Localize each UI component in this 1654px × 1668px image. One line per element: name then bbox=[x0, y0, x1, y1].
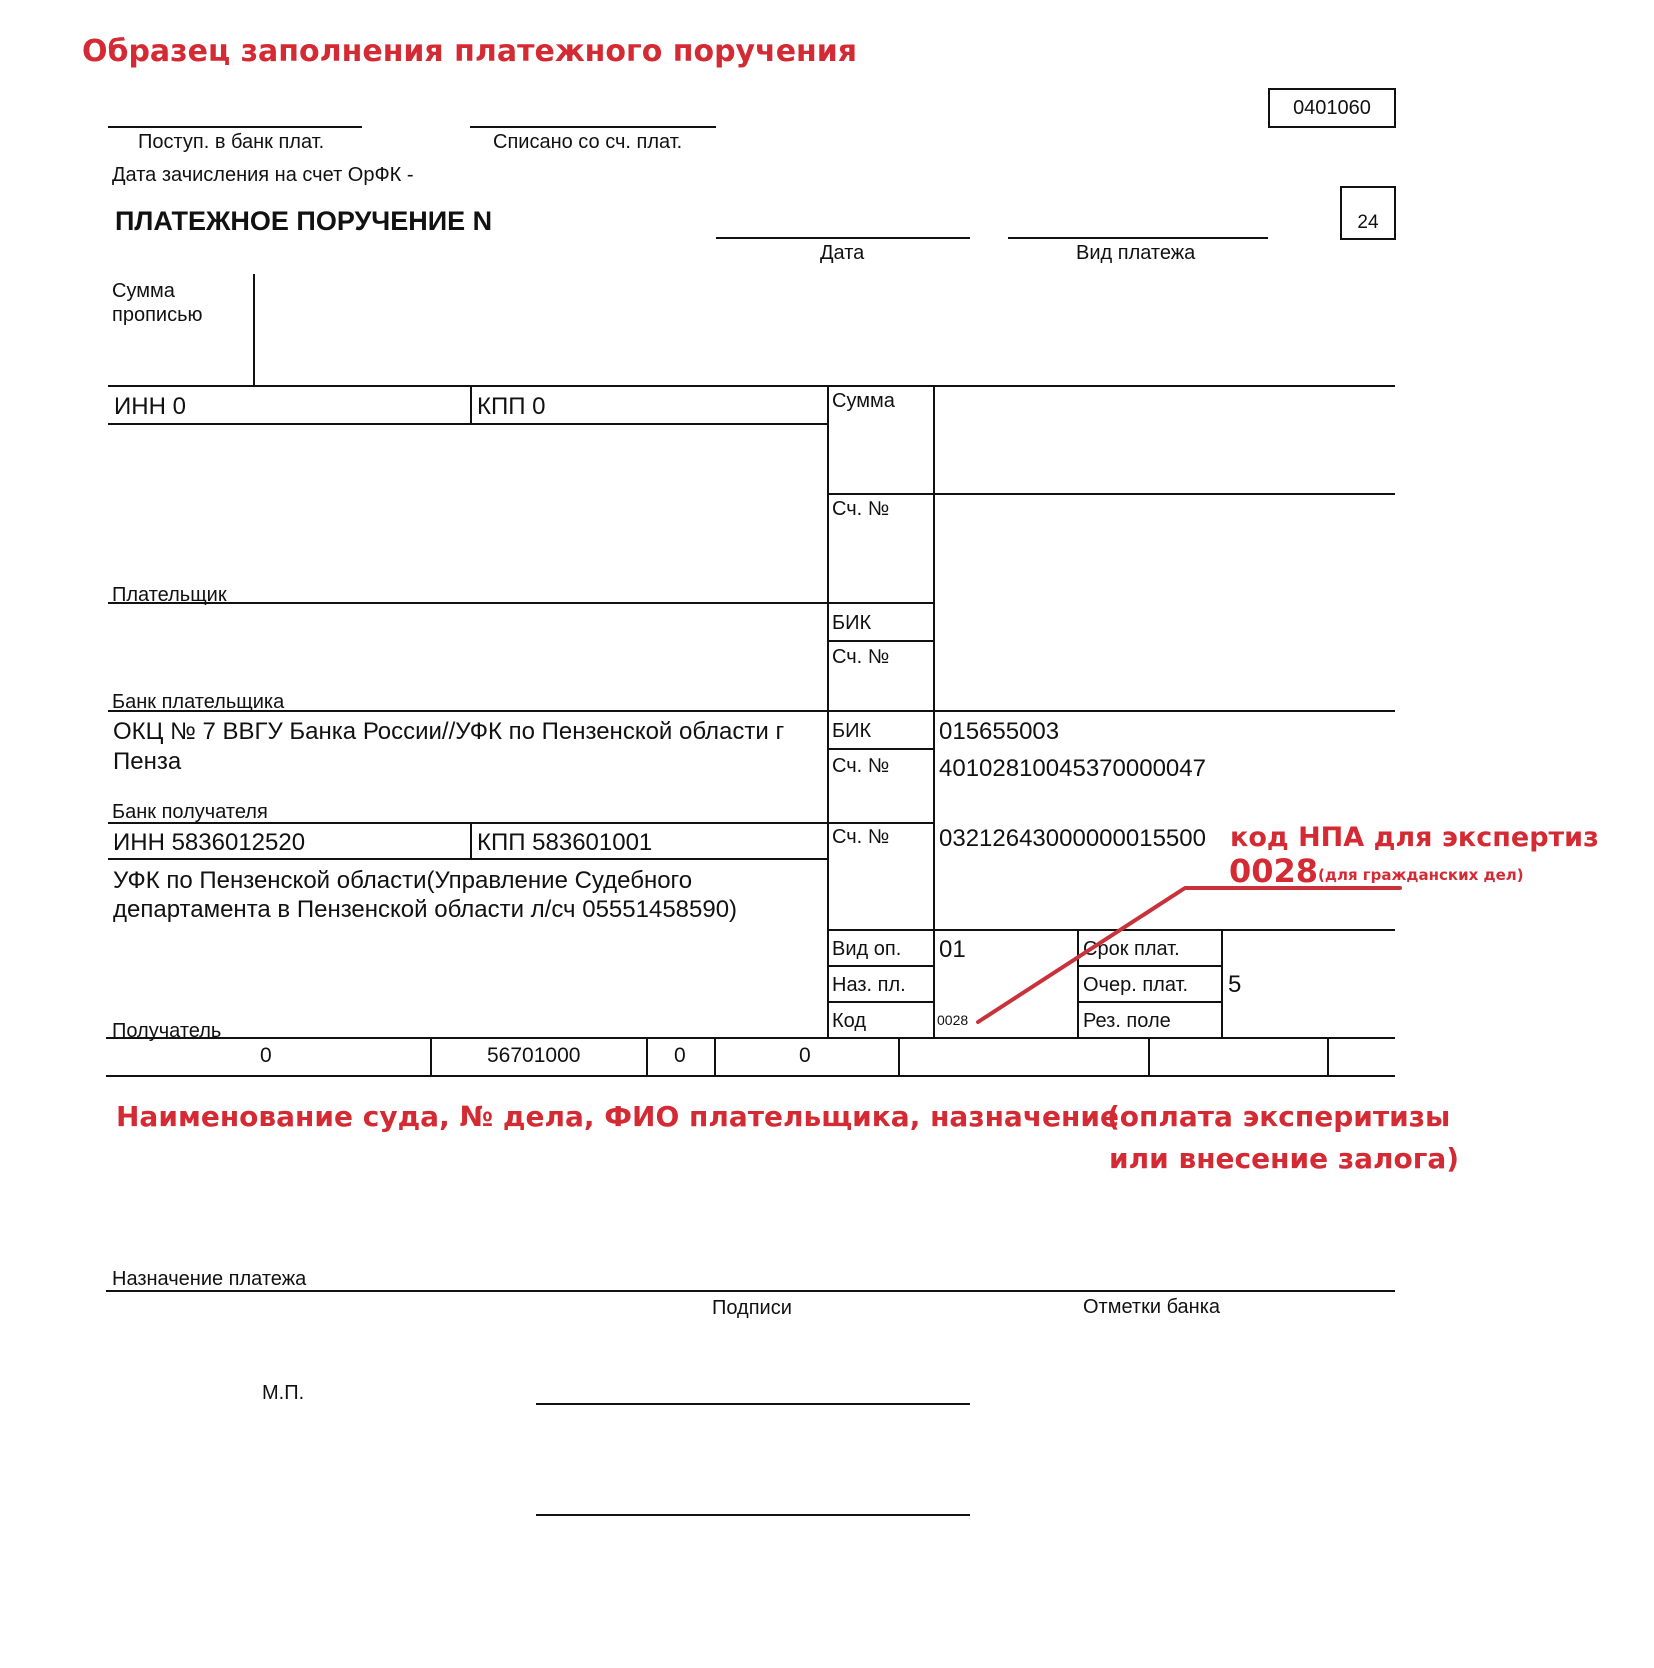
purpose-hint-paren-2: или внесение залога) bbox=[1109, 1142, 1459, 1175]
pointer-arrow-icon bbox=[0, 0, 1654, 1668]
purpose-hint-paren-1: (оплата эксперитизы bbox=[1107, 1100, 1450, 1133]
purpose-label: Назначение платежа bbox=[112, 1268, 306, 1291]
stamp-label: М.П. bbox=[262, 1382, 304, 1405]
purpose-hint: Наименование суда, № дела, ФИО плательщи… bbox=[116, 1100, 1119, 1133]
signature-line-2[interactable] bbox=[536, 1514, 970, 1516]
divider bbox=[106, 1290, 1395, 1292]
signatures-label: Подписи bbox=[712, 1297, 792, 1320]
bank-marks-label: Отметки банка bbox=[1083, 1296, 1220, 1319]
signature-line-1[interactable] bbox=[536, 1403, 970, 1405]
